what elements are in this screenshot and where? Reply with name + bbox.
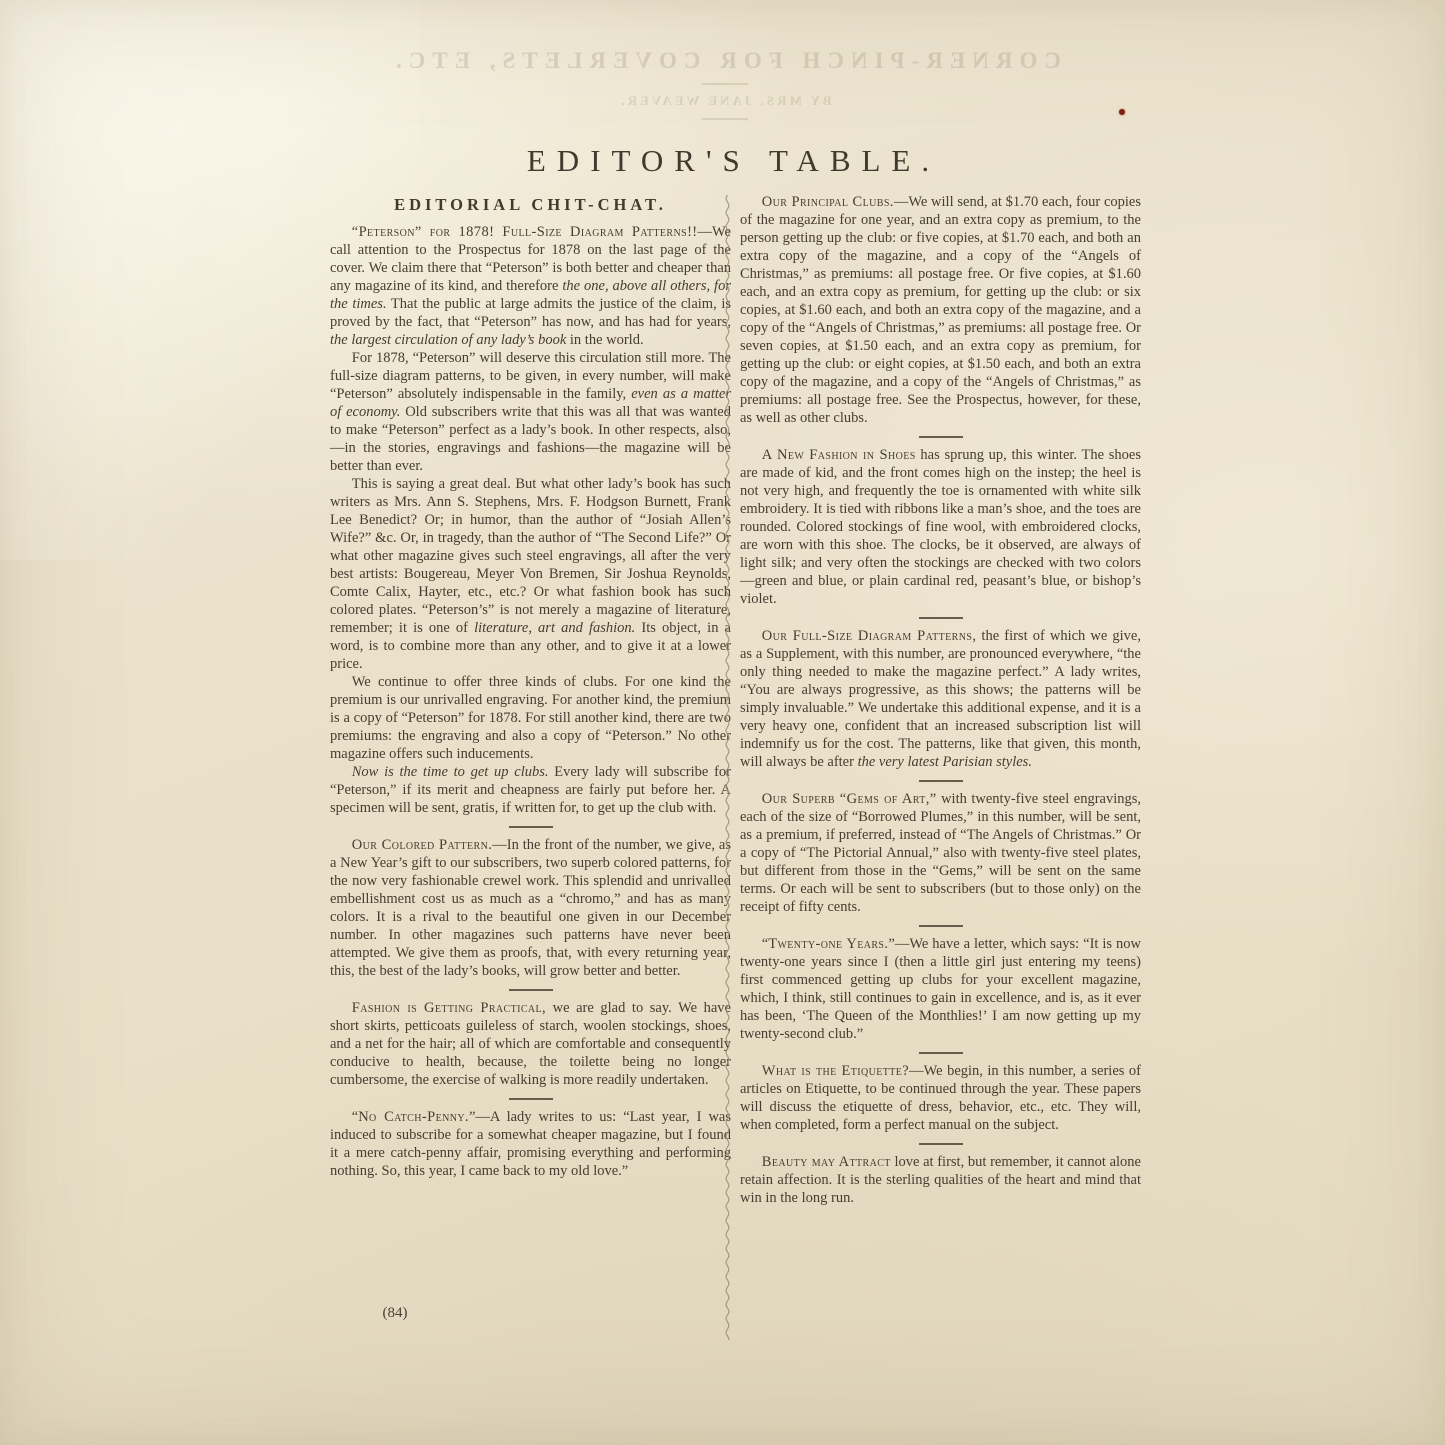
paragraph: For 1878, “Peterson” will deserve this c…: [330, 349, 731, 475]
paragraph: Fashion is Getting Practical, we are gla…: [330, 999, 731, 1089]
paragraph: Our Full-Size Diagram Patterns, the firs…: [740, 627, 1141, 771]
paragraph: Now is the time to get up clubs. Every l…: [330, 763, 731, 817]
paragraph: “No Catch-Penny.”—A lady writes to us: “…: [330, 1108, 731, 1180]
section-divider: [919, 780, 963, 782]
paragraph: Beauty may Attract love at first, but re…: [740, 1153, 1141, 1207]
bleed-through-byline: BY MRS. JANE WEAVER.: [300, 93, 1150, 109]
section-divider: [509, 826, 553, 828]
section-divider: [509, 1098, 553, 1100]
column-right: Our Principal Clubs.—We will send, at $1…: [740, 193, 1141, 1207]
section-heading: EDITORIAL CHIT-CHAT.: [330, 196, 731, 214]
page-title: EDITOR'S TABLE.: [330, 143, 1137, 179]
paragraph: We continue to offer three kinds of club…: [330, 673, 731, 763]
section-divider: [509, 989, 553, 991]
paragraph: “Twenty-one Years.”—We have a letter, wh…: [740, 935, 1141, 1043]
bleed-through-title: CORNER-PINCH FOR COVERLETS, ETC.: [300, 48, 1150, 74]
section-divider: [919, 617, 963, 619]
section-divider: [919, 1052, 963, 1054]
section-divider: [919, 925, 963, 927]
section-divider: [919, 436, 963, 438]
paragraph: What is the Etiquette?—We begin, in this…: [740, 1062, 1141, 1134]
bleed-through-header: CORNER-PINCH FOR COVERLETS, ETC. BY MRS.…: [300, 48, 1150, 128]
paragraph: Our Superb “Gems of Art,” with twenty-fi…: [740, 790, 1141, 916]
bleed-through-rule: [702, 118, 748, 120]
ink-speck: [1119, 109, 1125, 115]
page-number: (84): [360, 1305, 430, 1322]
bleed-through-rule: [702, 83, 748, 85]
column-left: EDITORIAL CHIT-CHAT. “Peterson” for 1878…: [330, 196, 731, 1180]
paragraph: A New Fashion in Shoes has sprung up, th…: [740, 446, 1141, 608]
column-divider-wavy-rule: [723, 195, 732, 1340]
section-divider: [919, 1143, 963, 1145]
paragraph: Our Principal Clubs.—We will send, at $1…: [740, 193, 1141, 427]
paragraph: Our Colored Pattern.—In the front of the…: [330, 836, 731, 980]
paragraph: This is saying a great deal. But what ot…: [330, 475, 731, 673]
paragraph: “Peterson” for 1878! Full-Size Diagram P…: [330, 223, 731, 349]
